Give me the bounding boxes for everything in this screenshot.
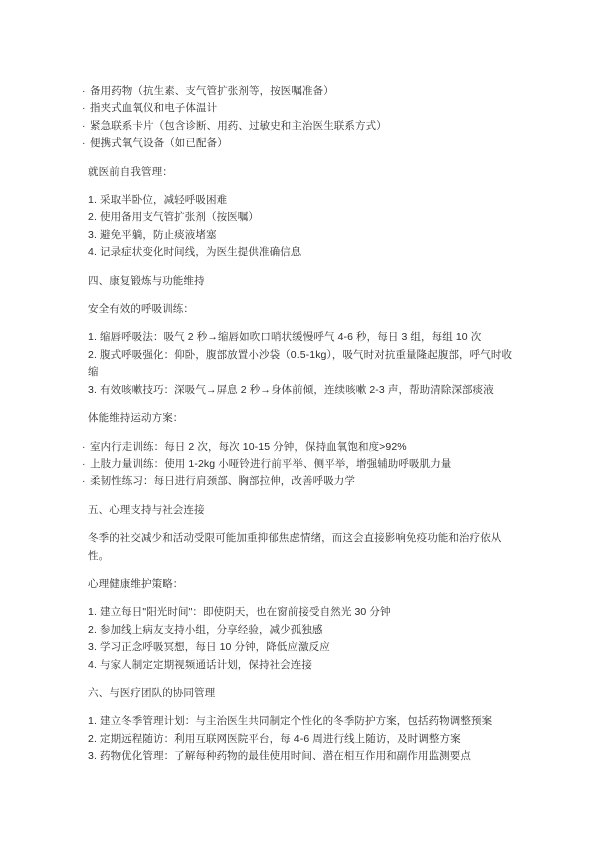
team-steps: 1. 建立冬季管理计划：与主治医生共同制定个性化的冬季防护方案，包括药物调整预案… xyxy=(88,713,514,765)
checklist-item-text: 紧急联系卡片（包含诊断、用药、过敏史和主治医生联系方式） xyxy=(90,118,387,135)
fitness-list: · 室内行走训练：每日 2 次，每次 10-15 分钟，保持血氧饱和度>92% … xyxy=(88,439,514,491)
team-step: 3. 药物优化管理：了解每种药物的最佳使用时间、潜在相互作用和副作用监测要点 xyxy=(88,748,514,765)
breathing-step: 2. 腹式呼吸强化：仰卧，腹部放置小沙袋（0.5-1kg），吸气时对抗重量隆起腹… xyxy=(88,347,514,382)
pre-visit-heading: 就医前自我管理： xyxy=(88,164,514,181)
team-step: 2. 定期远程随访：利用互联网医院平台，每 4-6 周进行线上随访，及时调整方案 xyxy=(88,731,514,748)
bullet-marker: · xyxy=(82,135,90,152)
checklist-item-text: 指夹式血氧仪和电子体温计 xyxy=(90,100,217,117)
bullet-marker: · xyxy=(82,118,90,135)
mental-step: 2. 参加线上病友支持小组，分享经验，减少孤独感 xyxy=(88,622,514,639)
bullet-marker: · xyxy=(82,456,90,473)
checklist-item-text: 便携式氧气设备（如已配备） xyxy=(90,135,228,152)
mental-step: 1. 建立每日"阳光时间"：即使阴天，也在窗前接受自然光 30 分钟 xyxy=(88,604,514,621)
fitness-item-text: 上肢力量训练：使用 1-2kg 小哑铃进行前平举、侧平举，增强辅助呼吸肌力量 xyxy=(90,456,451,473)
document-page: · 备用药物（抗生素、支气管扩张剂等，按医嘱准备） · 指夹式血氧仪和电子体温计… xyxy=(88,83,514,777)
mental-step: 4. 与家人制定定期视频通话计划，保持社会连接 xyxy=(88,657,514,674)
breathing-step: 1. 缩唇呼吸法：吸气 2 秒→缩唇如吹口哨状缓慢呼气 4-6 秒，每日 3 组… xyxy=(88,329,514,346)
fitness-heading: 体能维持运动方案： xyxy=(88,410,514,427)
section-title-rehab: 四、康复锻炼与功能维持 xyxy=(88,273,514,290)
breathing-steps: 1. 缩唇呼吸法：吸气 2 秒→缩唇如吹口哨状缓慢呼气 4-6 秒，每日 3 组… xyxy=(88,329,514,399)
checklist-item: · 便携式氧气设备（如已配备） xyxy=(82,135,514,152)
checklist-item: · 紧急联系卡片（包含诊断、用药、过敏史和主治医生联系方式） xyxy=(82,118,514,135)
pre-visit-checklist: · 备用药物（抗生素、支气管扩张剂等，按医嘱准备） · 指夹式血氧仪和电子体温计… xyxy=(88,83,514,153)
pre-visit-steps: 1. 采取半卧位，减轻呼吸困难 2. 使用备用支气管扩张剂（按医嘱） 3. 避免… xyxy=(88,192,514,262)
breathing-step: 3. 有效咳嗽技巧：深吸气→屏息 2 秒→身体前倾，连续咳嗽 2-3 声，帮助清… xyxy=(88,382,514,399)
checklist-item: · 备用药物（抗生素、支气管扩张剂等，按医嘱准备） xyxy=(82,83,514,100)
section-title-mental: 五、心理支持与社会连接 xyxy=(88,502,514,519)
mental-steps: 1. 建立每日"阳光时间"：即使阴天，也在窗前接受自然光 30 分钟 2. 参加… xyxy=(88,604,514,674)
fitness-item-text: 室内行走训练：每日 2 次，每次 10-15 分钟，保持血氧饱和度>92% xyxy=(90,439,407,456)
checklist-item: · 指夹式血氧仪和电子体温计 xyxy=(82,100,514,117)
fitness-item: · 室内行走训练：每日 2 次，每次 10-15 分钟，保持血氧饱和度>92% xyxy=(82,439,514,456)
winter-note: 冬季的社交减少和活动受限可能加重抑郁焦虑情绪，而这会直接影响免疫功能和治疗依从性… xyxy=(88,530,514,565)
fitness-item: · 柔韧性练习：每日进行肩颈部、胸部拉伸，改善呼吸力学 xyxy=(82,473,514,490)
fitness-item: · 上肢力量训练：使用 1-2kg 小哑铃进行前平举、侧平举，增强辅助呼吸肌力量 xyxy=(82,456,514,473)
breathing-heading: 安全有效的呼吸训练： xyxy=(88,301,514,318)
fitness-item-text: 柔韧性练习：每日进行肩颈部、胸部拉伸，改善呼吸力学 xyxy=(90,473,355,490)
bullet-marker: · xyxy=(82,439,90,456)
bullet-marker: · xyxy=(82,100,90,117)
pre-visit-step: 2. 使用备用支气管扩张剂（按医嘱） xyxy=(88,209,514,226)
pre-visit-step: 4. 记录症状变化时间线，为医生提供准确信息 xyxy=(88,244,514,261)
section-title-team: 六、与医疗团队的协同管理 xyxy=(88,685,514,702)
team-step: 1. 建立冬季管理计划：与主治医生共同制定个性化的冬季防护方案，包括药物调整预案 xyxy=(88,713,514,730)
bullet-marker: · xyxy=(82,83,90,100)
pre-visit-step: 3. 避免平躺，防止痰液堵塞 xyxy=(88,227,514,244)
pre-visit-step: 1. 采取半卧位，减轻呼吸困难 xyxy=(88,192,514,209)
checklist-item-text: 备用药物（抗生素、支气管扩张剂等，按医嘱准备） xyxy=(90,83,334,100)
bullet-marker: · xyxy=(82,473,90,490)
mental-heading: 心理健康维护策略： xyxy=(88,576,514,593)
mental-step: 3. 学习正念呼吸冥想，每日 10 分钟，降低应激反应 xyxy=(88,639,514,656)
